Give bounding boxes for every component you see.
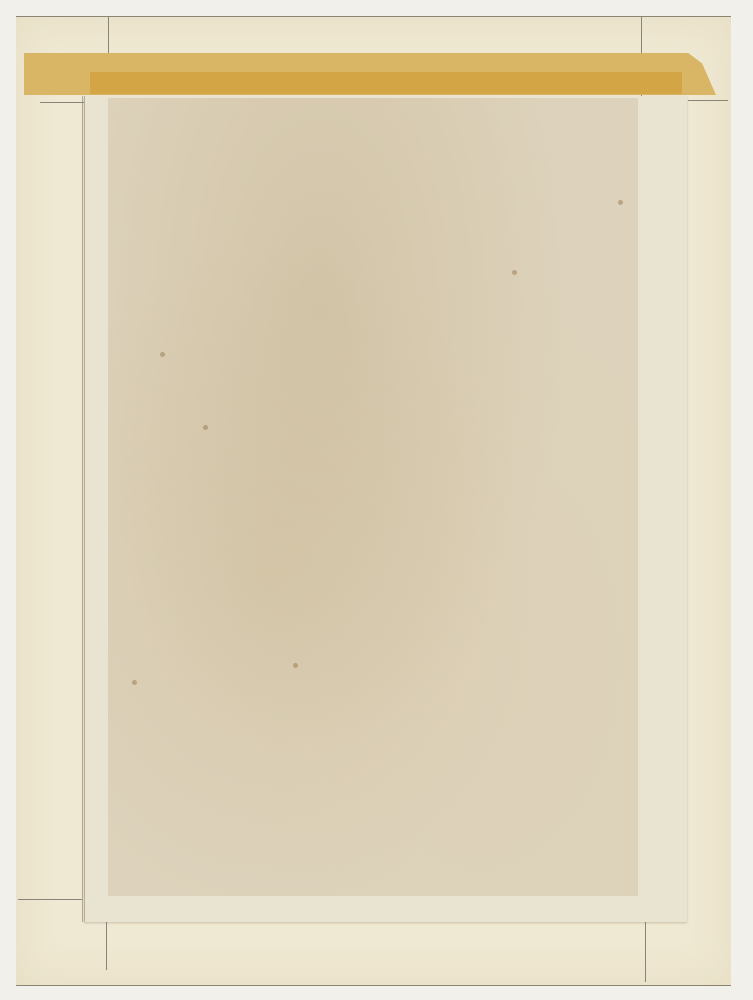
foxing-spot [293,663,298,668]
masking-tape-inner [90,72,682,94]
print-plate-area [108,98,638,896]
pencil-line-right-bottom [645,920,646,982]
foxing-spot [512,270,517,275]
pencil-line-horizontal-bottom [18,899,82,900]
pencil-line-horizontal-right [688,100,728,101]
foxing-spot [132,680,137,685]
pencil-line-left-edge [82,96,83,922]
pencil-line-left-bottom [106,920,107,970]
pencil-line-horizontal-top [40,102,85,103]
foxing-spot [160,352,165,357]
foxing-spot [203,425,208,430]
foxing-spot [618,200,623,205]
